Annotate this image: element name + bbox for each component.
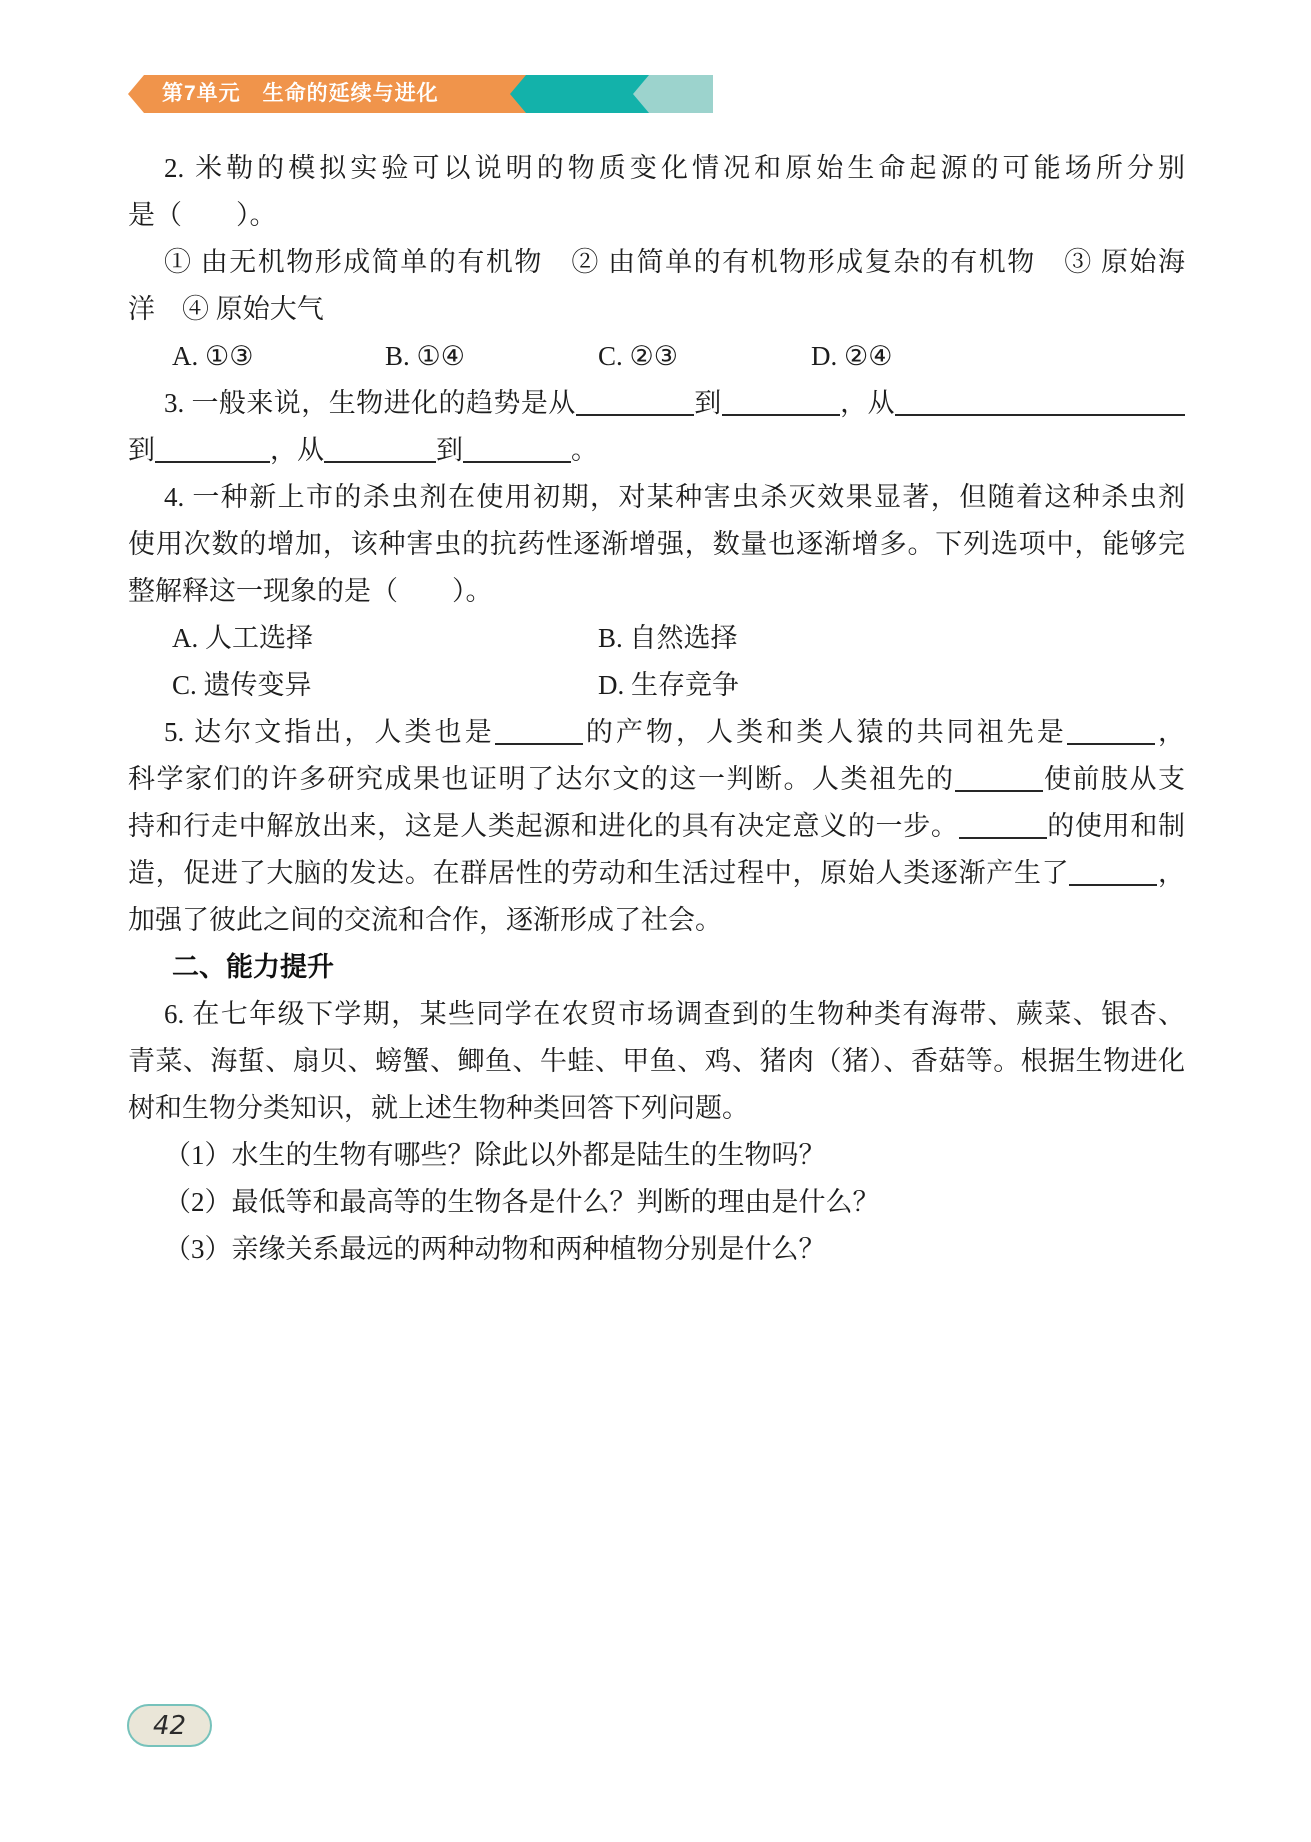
text-run: 树和生物分类知识，就上述生物种类回答下列问题。 [128,1093,749,1123]
question-6-sub-3-line: （3）亲缘关系最远的两种动物和两种植物分别是什么？ [128,1226,1185,1273]
text-run: 到 [436,435,463,465]
fill-in-blank [463,431,571,463]
question-4-options-row-2: C. 遗传变异D. 生存竞争 [128,662,1185,709]
text-run: 的产物，人类和类人猿的共同祖先是 [583,717,1067,747]
banner-lightteal-segment [633,75,713,113]
option-item: D. 生存竞争 [598,662,739,709]
text-run: 加强了彼此之间的交流和合作，逐渐形成了社会。 [128,905,722,935]
text-run: 是（ ）。 [128,200,277,230]
question-6-stem-line: 树和生物分类知识，就上述生物种类回答下列问题。 [128,1085,1185,1132]
textbook-page: 第7单元 生命的延续与进化 2. 米勒的模拟实验可以说明的物质变化情况和原始生命… [0,0,1311,1842]
option-item: B. ①④ [385,333,598,380]
text-run: ， [1157,858,1185,888]
question-2-choices-line: 洋 ④ 原始大气 [128,286,1185,333]
question-3-line: 到，从到。 [128,427,1185,474]
fill-in-blank [895,384,1185,416]
text-run: （1）水生的生物有哪些？除此以外都是陆生的生物吗？ [164,1140,826,1170]
question-4-stem-line: 使用次数的增加，该种害虫的抗药性逐渐增强，数量也逐渐增多。下列选项中，能够完 [128,521,1185,568]
fill-in-blank [1067,713,1155,745]
fill-in-blank [1069,854,1157,886]
banner-orange-segment: 第7单元 生命的延续与进化 [128,75,526,113]
text-run: 造，促进了大脑的发达。在群居性的劳动和生活过程中，原始人类逐渐产生了 [128,858,1069,888]
text-run: 。 [571,435,598,465]
fill-in-blank [722,384,840,416]
question-6-sub-1-line: （1）水生的生物有哪些？除此以外都是陆生的生物吗？ [128,1132,1185,1179]
text-run: ① 由无机物形成简单的有机物 ② 由简单的有机物形成复杂的有机物 ③ 原始海 [164,247,1185,277]
text-run: 2. 米勒的模拟实验可以说明的物质变化情况和原始生命起源的可能场所分别 [164,153,1185,183]
text-run: ，从 [270,435,324,465]
text-run: （3）亲缘关系最远的两种动物和两种植物分别是什么？ [164,1234,826,1264]
question-5-line: 持和行走中解放出来，这是人类起源和进化的具有决定意义的一步。的使用和制 [128,803,1185,850]
text-run: （2）最低等和最高等的生物各是什么？判断的理由是什么？ [164,1187,880,1217]
question-4-options-row-1: A. 人工选择B. 自然选择 [128,615,1185,662]
text-run: ， [1155,717,1185,747]
text-run: 4. 一种新上市的杀虫剂在使用初期，对某种害虫杀灭效果显著，但随着这种杀虫剂 [164,482,1185,512]
banner-teal-segment [510,75,649,113]
question-2-choices-line: ① 由无机物形成简单的有机物 ② 由简单的有机物形成复杂的有机物 ③ 原始海 [128,239,1185,286]
question-3-line: 3. 一般来说，生物进化的趋势是从到，从 [128,380,1185,427]
question-5-line: 5. 达尔文指出，人类也是的产物，人类和类人猿的共同祖先是， [128,709,1185,756]
option-item: C. ②③ [598,333,811,380]
text-run: 5. 达尔文指出，人类也是 [164,717,495,747]
text-run: 使前肢从支 [1043,764,1186,794]
question-4-stem-line: 整解释这一现象的是（ ）。 [128,568,1185,615]
text-run: 洋 ④ 原始大气 [128,294,324,324]
question-2-options: A. ①③B. ①④C. ②③D. ②④ [128,333,1185,380]
page-number: 42 [153,1711,186,1741]
text-run: 到 [128,435,155,465]
question-6-stem-line: 6. 在七年级下学期，某些同学在农贸市场调查到的生物种类有海带、蕨菜、银杏、 [128,991,1185,1038]
section-2-heading: 二、能力提升 [128,944,1185,991]
question-5-line: 造，促进了大脑的发达。在群居性的劳动和生活过程中，原始人类逐渐产生了， [128,850,1185,897]
option-item: C. 遗传变异 [172,662,598,709]
fill-in-blank [324,431,436,463]
question-5-line: 加强了彼此之间的交流和合作，逐渐形成了社会。 [128,897,1185,944]
fill-in-blank [959,807,1047,839]
text-run: 持和行走中解放出来，这是人类起源和进化的具有决定意义的一步。 [128,811,959,841]
fill-in-blank [955,760,1043,792]
fill-in-blank [155,431,270,463]
text-run: 3. 一般来说，生物进化的趋势是从 [164,388,576,418]
question-4-stem-line: 4. 一种新上市的杀虫剂在使用初期，对某种害虫杀灭效果显著，但随着这种杀虫剂 [128,474,1185,521]
question-5-line: 科学家们的许多研究成果也证明了达尔文的这一判断。人类祖先的使前肢从支 [128,756,1185,803]
text-run: 6. 在七年级下学期，某些同学在农贸市场调查到的生物种类有海带、蕨菜、银杏、 [164,999,1185,1029]
unit-banner: 第7单元 生命的延续与进化 [0,75,1311,113]
page-number-badge: 42 [127,1704,212,1747]
fill-in-blank [576,384,694,416]
question-2-stem-line: 2. 米勒的模拟实验可以说明的物质变化情况和原始生命起源的可能场所分别 [128,145,1185,192]
text-run: 科学家们的许多研究成果也证明了达尔文的这一判断。人类祖先的 [128,764,955,794]
text-run: 到 [694,388,722,418]
option-item: A. ①③ [172,333,385,380]
text-run: 使用次数的增加，该种害虫的抗药性逐渐增强，数量也逐渐增多。下列选项中，能够完 [128,529,1185,559]
text-run: 的使用和制 [1047,811,1185,841]
text-run: ，从 [840,388,895,418]
question-6-stem-line: 青菜、海蜇、扇贝、螃蟹、鲫鱼、牛蛙、甲鱼、鸡、猪肉（猪）、香菇等。根据生物进化 [128,1038,1185,1085]
text-run: 整解释这一现象的是（ ）。 [128,576,493,606]
question-2-stem-line: 是（ ）。 [128,192,1185,239]
fill-in-blank [495,713,583,745]
option-item: D. ②④ [811,333,892,380]
text-run: 青菜、海蜇、扇贝、螃蟹、鲫鱼、牛蛙、甲鱼、鸡、猪肉（猪）、香菇等。根据生物进化 [128,1046,1185,1076]
question-6-sub-2-line: （2）最低等和最高等的生物各是什么？判断的理由是什么？ [128,1179,1185,1226]
option-item: B. 自然选择 [598,615,738,662]
option-item: A. 人工选择 [172,615,598,662]
exercise-content: 2. 米勒的模拟实验可以说明的物质变化情况和原始生命起源的可能场所分别是（ ）。… [128,145,1185,1273]
unit-banner-label: 第7单元 生命的延续与进化 [162,75,439,113]
